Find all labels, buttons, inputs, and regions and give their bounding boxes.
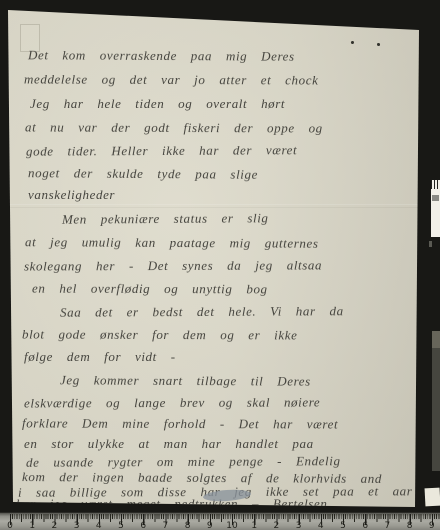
handwriting-line: noget der skulde tyde paa slige [28,165,258,183]
ruler-number: 3 [296,521,302,530]
ruler-number: 9 [429,521,435,530]
handwriting-line: de usande rygter om mine penge - Endelig [26,453,341,471]
ruler-number: 9 [207,521,213,530]
ruler-number: 8 [185,521,191,530]
handwriting-line: forklare Dem mine forhold - Det har være… [22,415,338,432]
handwriting-line: følge dem for vidt - [24,349,176,365]
handwriting-line: en hel overflødig og unyttig bog [32,281,268,298]
label-dash [432,195,439,201]
handwriting-line: elskværdige og lange brev og skal nøiere [24,394,320,411]
handwriting-line: en stor ulykke at man har handlet paa [24,436,314,452]
ruler-number: 3 [74,521,80,530]
handwriting-line: meddelelse og det var jo atter et chock [24,71,319,88]
side-strip-highlight [432,331,440,348]
handwriting-line: Saa det er bedst det hele. Vi har da [60,303,344,320]
ink-dot [351,41,354,44]
handwriting-line: Men pekuniære status er slig [62,210,269,227]
ruler-number: 1 [251,521,257,530]
ruler-number: 10 [226,521,237,530]
barcode-bars [431,180,440,189]
letter-page: Det kom overraskende paa mig Deresmeddel… [0,0,440,530]
edge-speck [429,241,432,247]
scan-photo: Det kom overraskende paa mig Deresmeddel… [0,0,440,530]
handwriting-line: at nu var der godt fiskeri der oppe og [25,119,323,136]
ruler-number: 6 [362,521,368,530]
handwriting-line: har jeg været meget nedtrukken – Bertels… [16,496,327,512]
barcode-label-fragment [431,180,440,237]
ruler-number: 5 [118,521,124,530]
ruler-number: 1 [29,521,35,530]
handwriting-line: gode tider. Heller ikke har der været [26,142,297,159]
ink-dot [377,43,380,46]
handwriting-line: Det kom overraskende paa mig Deres [28,47,295,64]
ruler-number: 5 [340,521,346,530]
ruler-number: 8 [407,521,413,530]
ruler-number: 2 [274,521,280,530]
handwriting-line: Jeg kommer snart tilbage til Deres [60,372,311,389]
handwriting-line: blot gode ønsker for dem og er ikke [22,327,298,344]
fold-crease [8,204,418,208]
side-strip [432,331,440,471]
ruler-number: 4 [318,521,324,530]
ruler-number: 4 [96,521,102,530]
adjacent-card-corner [425,488,440,507]
handwriting-line: Jeg har hele tiden og overalt hørt [30,96,285,112]
ruler-number: 7 [385,521,391,530]
handwriting-line: at jeg umulig kan paatage mig gutternes [25,234,319,252]
handwriting-line: skolegang her - Det synes da jeg altsaa [24,257,322,274]
ruler-number: 2 [52,521,58,530]
ruler-number: 0 [7,521,13,530]
ruler-number: 7 [163,521,169,530]
handwriting-line: vanskeligheder [28,187,115,203]
measure-ruler: 012345678910123456789 [0,512,440,530]
ruler-number: 6 [140,521,146,530]
